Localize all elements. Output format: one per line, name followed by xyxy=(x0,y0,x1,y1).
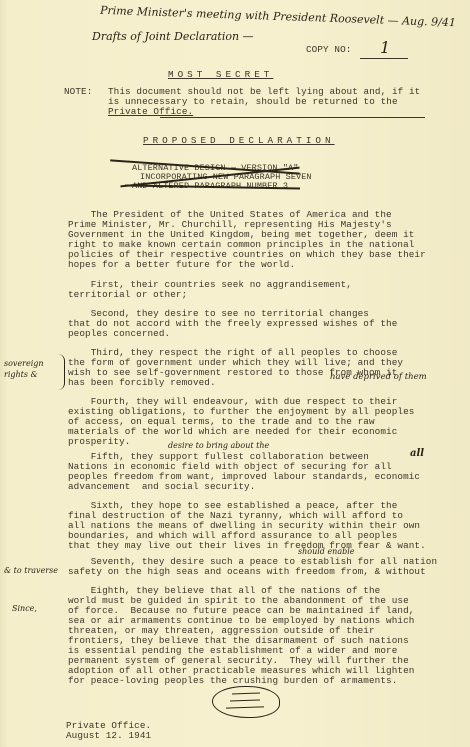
classification: MOST SECRET xyxy=(168,70,273,81)
note-label: NOTE: xyxy=(64,87,92,98)
margin-note-eighth: Since, xyxy=(12,604,37,613)
copy-no-underline xyxy=(360,58,408,59)
handwritten-signature xyxy=(212,686,280,718)
insert-note-seventh: should enable xyxy=(298,547,355,556)
document-title: PROPOSED DECLARATION xyxy=(143,136,335,147)
note-line3: Private Office. xyxy=(108,107,193,118)
margin-note-third: sovereign rights & xyxy=(4,358,60,380)
margin-bracket xyxy=(58,354,65,390)
copy-no-label: COPY NO: xyxy=(306,45,351,56)
margin-note-seventh: & to traverse xyxy=(4,566,58,575)
insert-note-fifth: desire to bring about the xyxy=(168,441,269,450)
handwritten-header-line2: Drafts of Joint Declaration — xyxy=(92,30,254,43)
insert-note-third: have deprived of them xyxy=(330,372,427,382)
document-page: Prime Minister's meeting with President … xyxy=(0,0,470,747)
margin-note-fifth: all xyxy=(410,448,424,459)
note-underline xyxy=(160,117,425,118)
handwritten-header-line1: Prime Minister's meeting with President … xyxy=(100,4,456,29)
footer-date: August 12. 1941 xyxy=(66,731,151,742)
copy-no-value: 1 xyxy=(380,38,390,57)
